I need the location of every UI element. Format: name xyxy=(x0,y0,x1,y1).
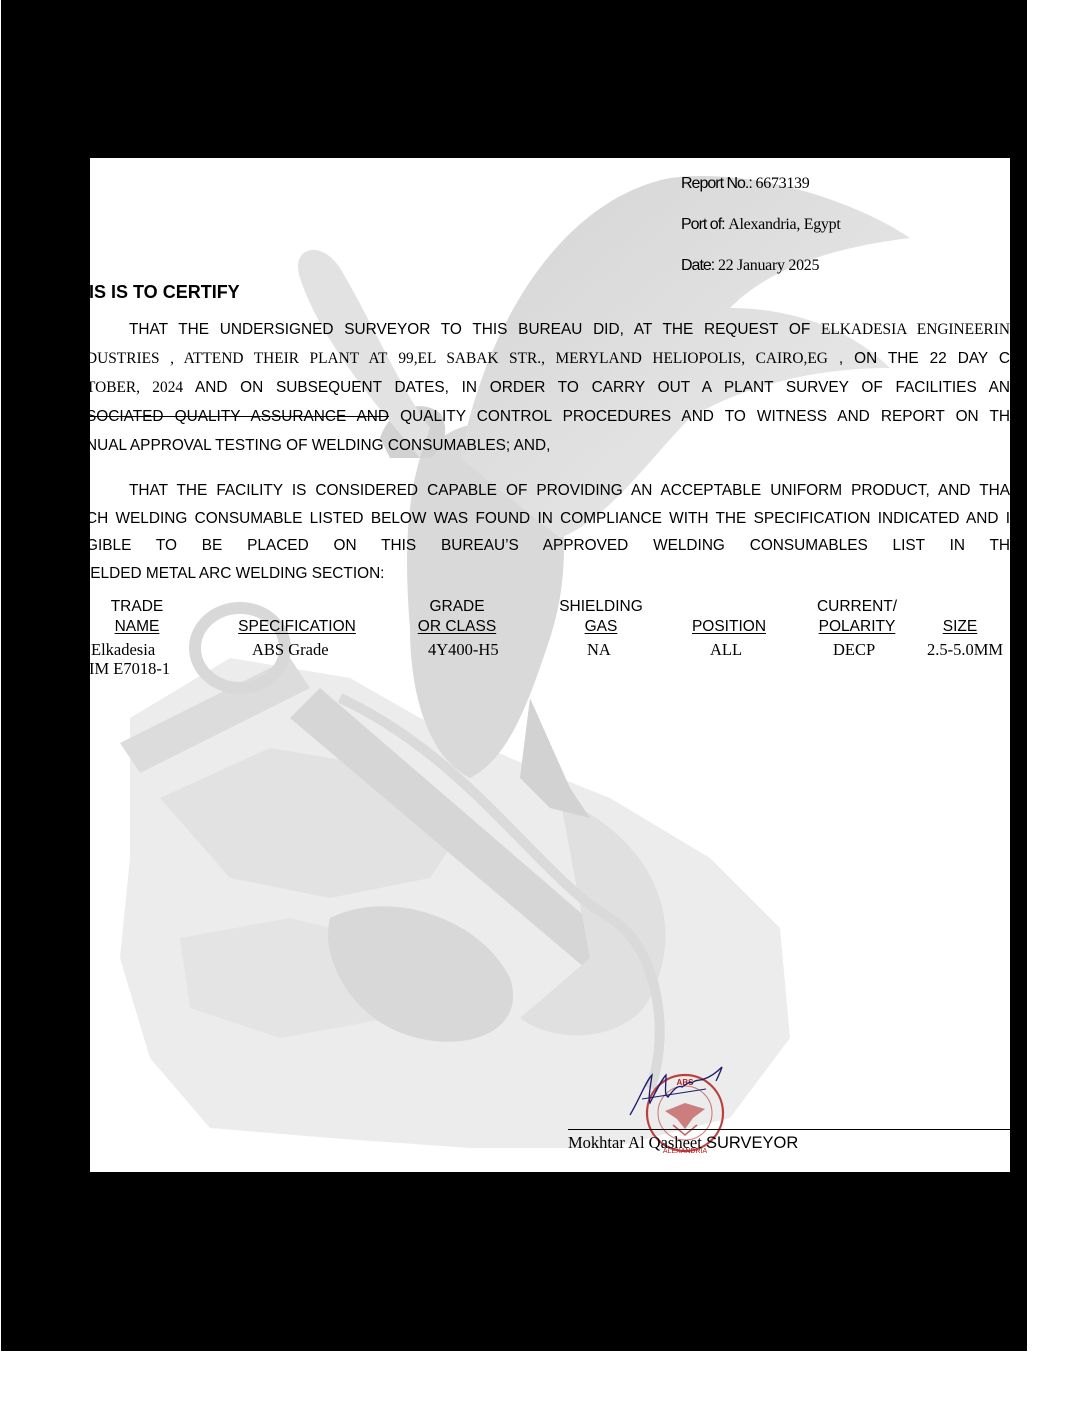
paragraph-line: IELDED METAL ARC WELDING SECTION: xyxy=(90,560,1010,588)
surveyor-title: SURVEYOR xyxy=(706,1134,798,1152)
signature-scribble-icon xyxy=(626,1063,736,1123)
port-label: Port of: xyxy=(681,216,725,233)
paragraph-line: THAT THE FACILITY IS CONSIDERED CAPABLE … xyxy=(90,477,1010,505)
certificate-page: Report No.: 6673139 Port of: Alexandria,… xyxy=(90,158,1010,1172)
column-header-polarity: CURRENT/ POLARITY xyxy=(813,597,901,637)
paragraph-line: TOBER, 2024 AND ON SUBSEQUENT DATES, IN … xyxy=(90,373,1010,402)
paragraph-line: CH WELDING CONSUMABLE LISTED BELOW WAS F… xyxy=(90,505,1010,533)
surveyor-name: Mokhtar Al Qasheet xyxy=(568,1133,702,1152)
column-header-position: POSITION xyxy=(688,597,770,637)
paragraph-line: DUSTRIES , ATTEND THEIR PLANT AT 99,EL S… xyxy=(90,344,1010,373)
surveyor-signature-block: Mokhtar Al Qasheet SURVEYOR xyxy=(568,1133,798,1153)
paragraph-line: GIBLE TO BE PLACED ON THIS BUREAU’S APPR… xyxy=(90,532,1010,560)
column-header-trade-name: TRADE NAME xyxy=(104,597,170,637)
cell-grade: 4Y400-H5 xyxy=(428,640,499,659)
column-header-grade: GRADE OR CLASS xyxy=(413,597,501,637)
paragraph-line: SOCIATED QUALITY ASSURANCE AND QUALITY C… xyxy=(90,402,1010,431)
report-number-value: 6673139 xyxy=(756,175,810,192)
report-number-label: Report No.: xyxy=(681,175,752,192)
certify-heading: IIS IS TO CERTIFY xyxy=(90,282,240,303)
cell-position: ALL xyxy=(710,640,742,659)
paragraph-line: THAT THE UNDERSIGNED SURVEYOR TO THIS BU… xyxy=(90,315,1010,344)
cell-size: 2.5-5.0MM xyxy=(927,640,1003,659)
cell-specification: ABS Grade xyxy=(252,640,329,659)
port-value: Alexandria, Egypt xyxy=(728,216,840,233)
eagle-anchor-watermark-icon xyxy=(90,158,1010,1172)
struck-text: SOCIATED QUALITY ASSURANCE AND xyxy=(90,408,389,425)
signature-line xyxy=(568,1129,1010,1130)
column-header-shielding-gas: SHIELDING GAS xyxy=(553,597,649,637)
cell-trade-name: Elkadesia IM E7018-1 xyxy=(91,640,170,678)
column-header-specification: SPECIFICATION xyxy=(234,597,360,637)
paragraph-request: THAT THE UNDERSIGNED SURVEYOR TO THIS BU… xyxy=(90,315,1010,460)
column-header-size: SIZE xyxy=(938,597,982,637)
report-number-field: Report No.: 6673139 xyxy=(681,175,809,193)
date-value: 22 January 2025 xyxy=(718,257,819,274)
port-field: Port of: Alexandria, Egypt xyxy=(681,216,840,234)
cell-shielding-gas: NA xyxy=(587,640,611,659)
paragraph-line: NUAL APPROVAL TESTING OF WELDING CONSUMA… xyxy=(90,431,1010,460)
date-field: Date: 22 January 2025 xyxy=(681,257,819,275)
paragraph-compliance: THAT THE FACILITY IS CONSIDERED CAPABLE … xyxy=(90,477,1010,587)
date-label: Date: xyxy=(681,257,714,274)
cell-polarity: DECP xyxy=(833,640,875,659)
